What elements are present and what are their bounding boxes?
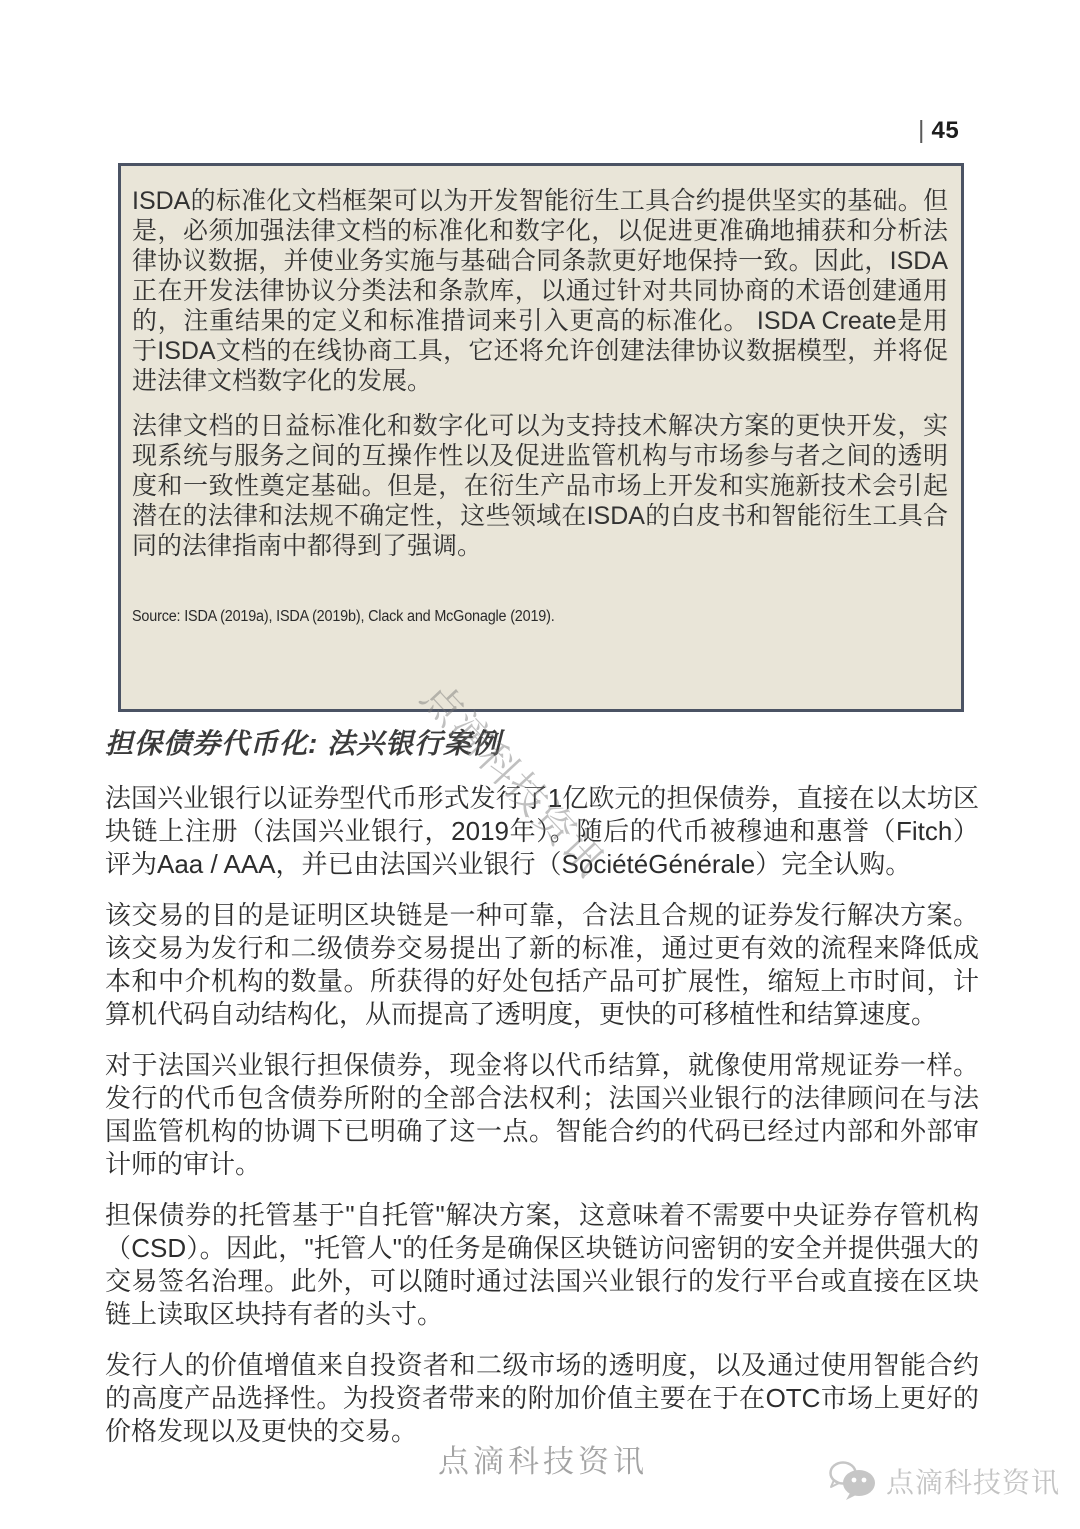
section-heading: 担保债券代币化: 法兴银行案例 — [105, 722, 979, 762]
page-number-bar: | — [918, 116, 925, 145]
footer-brand: 点滴科技资讯 — [828, 1460, 1060, 1502]
body-paragraph-2: 该交易的目的是证明区块链是一种可靠，合法且合规的证券发行解决方案。该交易为发行和… — [105, 899, 979, 1031]
main-content: 担保债券代币化: 法兴银行案例 法国兴业银行以证券型代币形式发行了1亿欧元的担保… — [105, 722, 979, 1466]
page-number-value: 45 — [932, 117, 960, 145]
source-note: Source: ISDA (2019a), ISDA (2019b), Clac… — [132, 608, 891, 626]
body-paragraph-3: 对于法国兴业银行担保债券，现金将以代币结算，就像使用常规证券一样。发行的代币包含… — [105, 1049, 979, 1181]
footer-brand-label: 点滴科技资讯 — [886, 1461, 1060, 1501]
box-paragraph-1: ISDA的标准化文档框架可以为开发智能衍生工具合约提供坚实的基础。但是，必须加强… — [132, 186, 948, 396]
wechat-bubbles-icon — [828, 1460, 880, 1502]
body-paragraph-4: 担保债券的托管基于"自托管"解决方案，这意味着不需要中央证券存管机构（CSD）。… — [105, 1199, 979, 1331]
isda-callout-box: ISDA的标准化文档框架可以为开发智能衍生工具合约提供坚实的基础。但是，必须加强… — [118, 163, 964, 712]
body-paragraph-5: 发行人的价值增值来自投资者和二级市场的透明度，以及通过使用智能合约的高度产品选择… — [105, 1349, 979, 1448]
document-page: | 45 ISDA的标准化文档框架可以为开发智能衍生工具合约提供坚实的基础。但是… — [0, 0, 1080, 1529]
page-number: | 45 — [918, 116, 959, 145]
body-paragraph-1: 法国兴业银行以证券型代币形式发行了1亿欧元的担保债券，直接在以太坊区块链上注册（… — [105, 782, 979, 881]
box-paragraph-2: 法律文档的日益标准化和数字化可以为支持技术解决方案的更快开发，实现系统与服务之间… — [132, 411, 948, 561]
